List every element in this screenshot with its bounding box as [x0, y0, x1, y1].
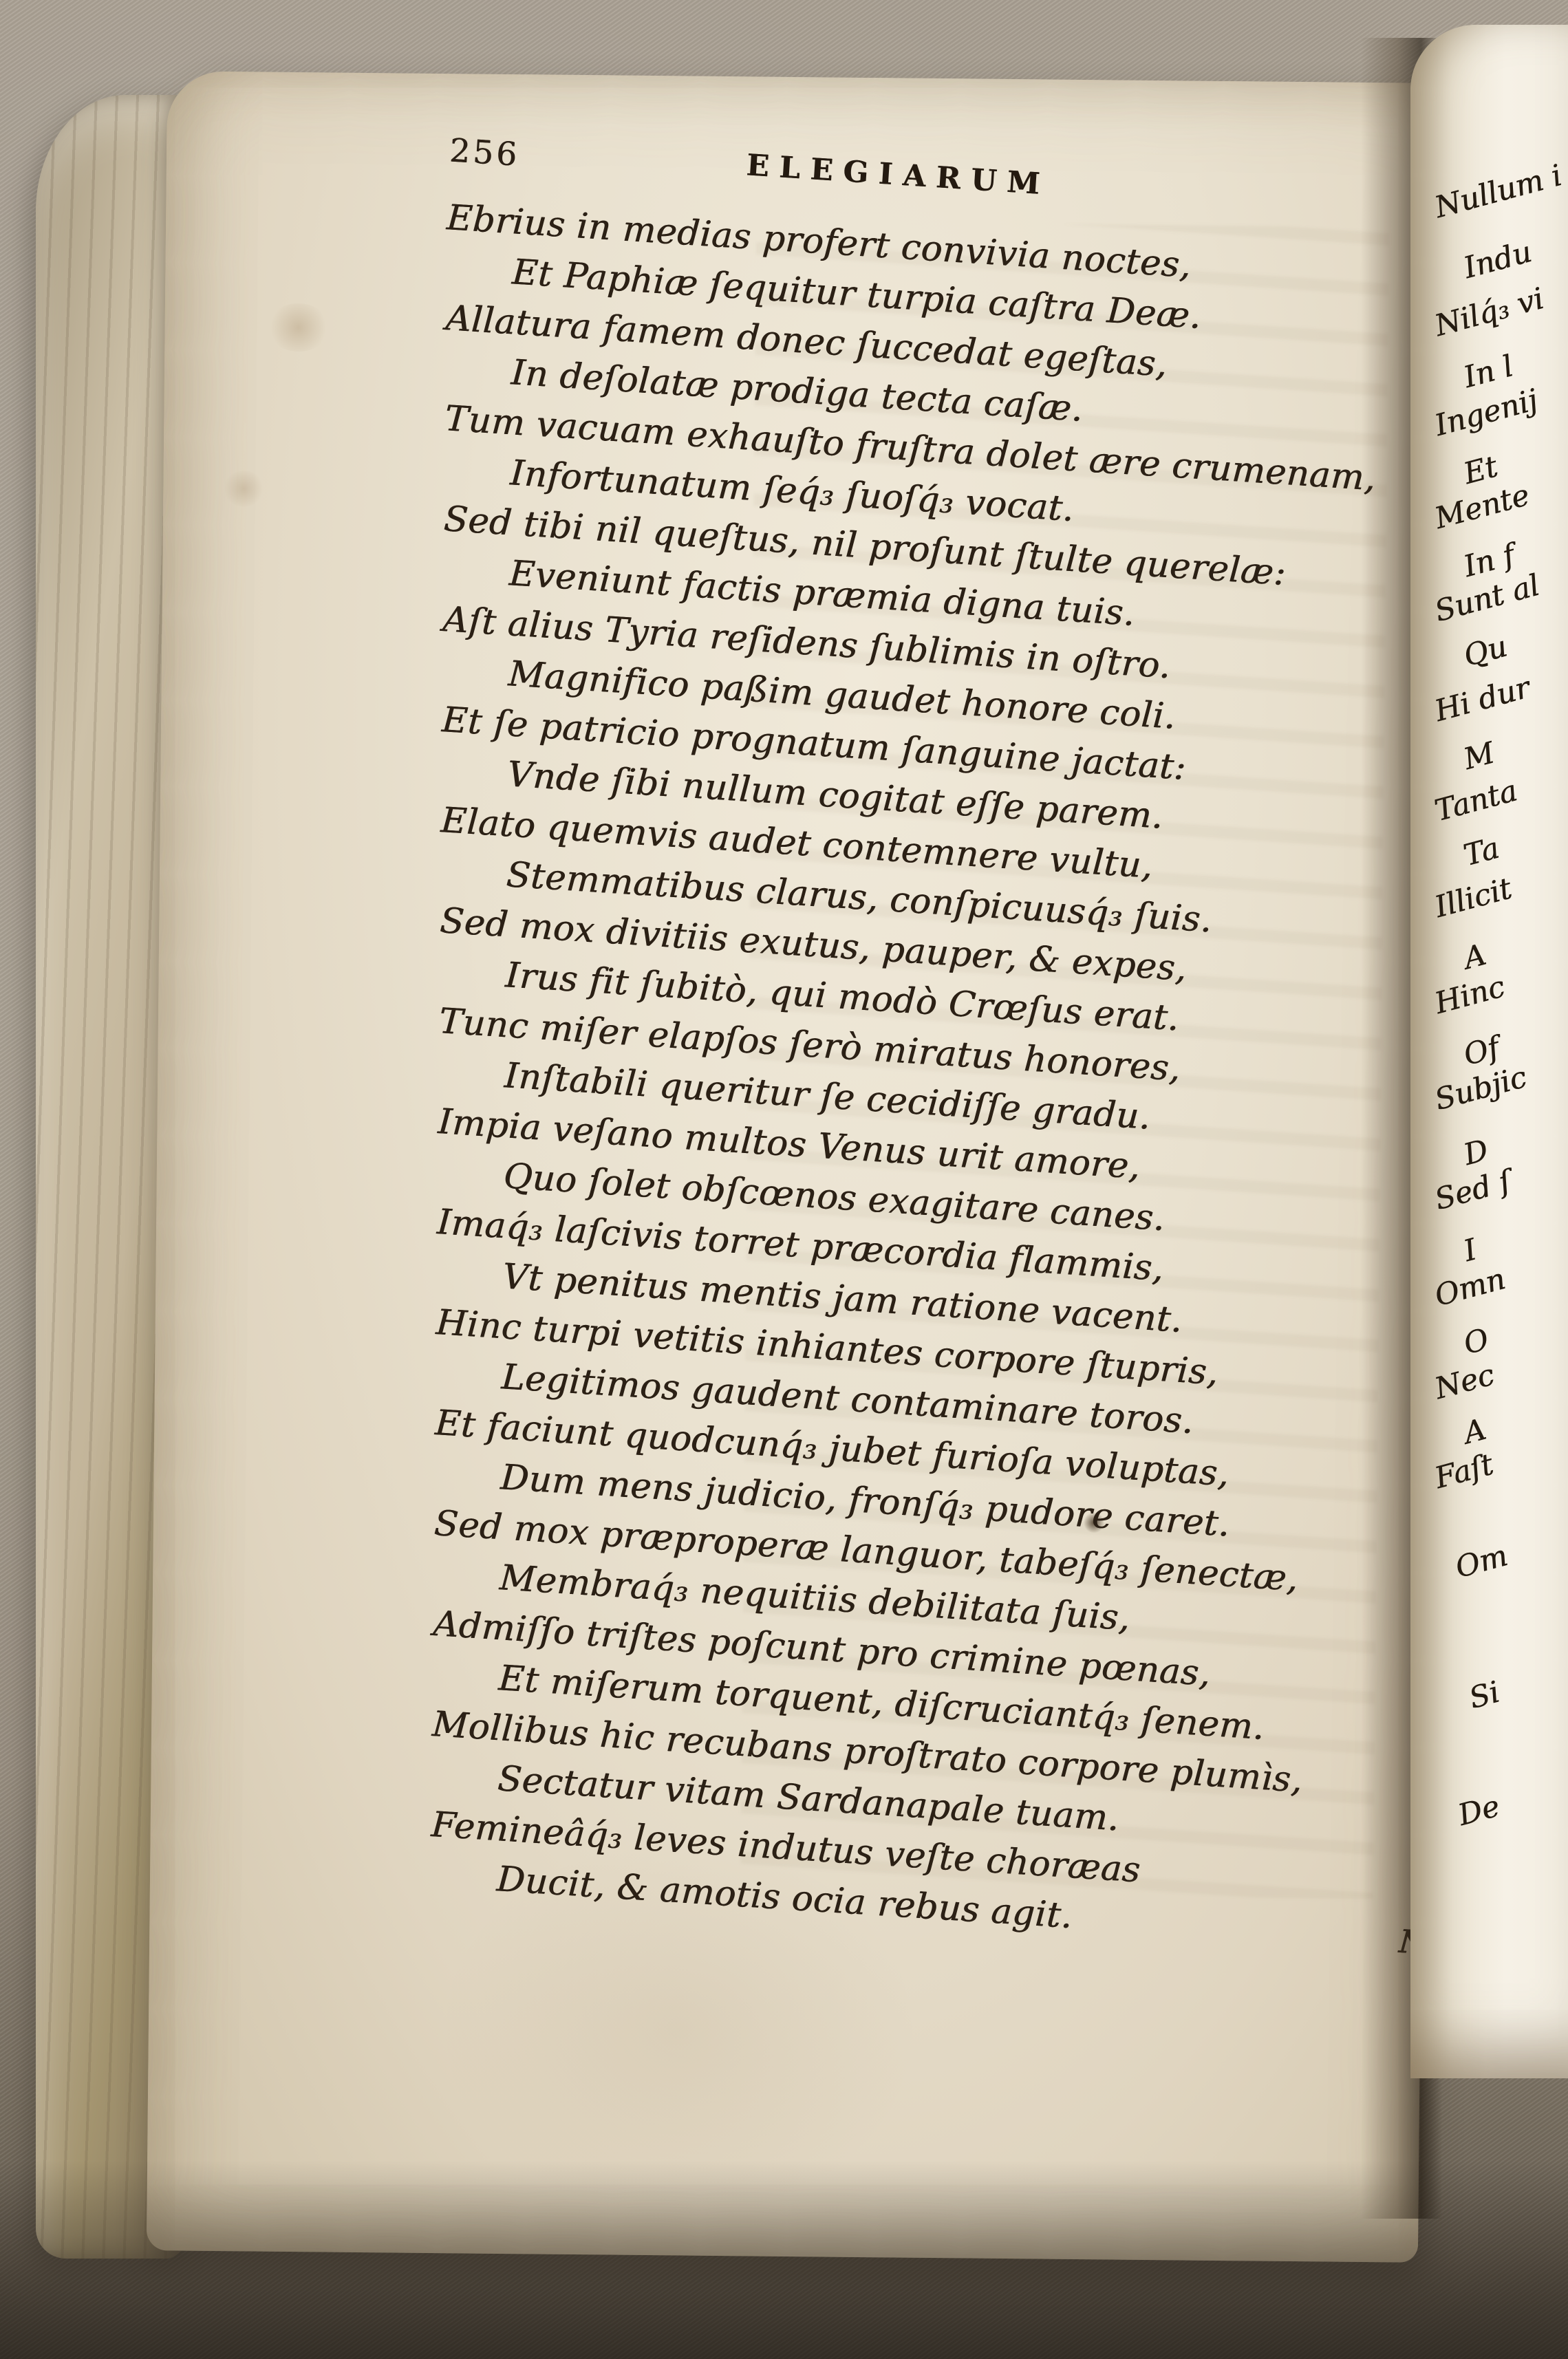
recto-line-fragment: Si — [1465, 1675, 1503, 1716]
recto-line-fragment: Sed ſ — [1431, 1164, 1514, 1217]
recto-line-fragment: Hi dur — [1431, 671, 1534, 729]
recto-line-fragment: D — [1460, 1133, 1492, 1172]
recto-line-fragment: In l — [1460, 349, 1517, 395]
recto-line-fragment: Nec — [1431, 1357, 1498, 1406]
photo-of-open-book: 256 ELEGIARUM Ebrius in medias profert c… — [0, 0, 1568, 2359]
running-title: ELEGIARUM — [745, 148, 1051, 202]
foxing-stain — [266, 303, 330, 352]
recto-line-fragment: Nullum i — [1431, 158, 1565, 225]
printed-text-block: 256 ELEGIARUM Ebrius in medias profert c… — [447, 116, 1480, 200]
recto-line-fragment: Illicit — [1431, 872, 1515, 925]
recto-line-fragment: Qu — [1460, 629, 1511, 674]
verse-lines: Ebrius in medias profert convivia noctes… — [431, 193, 1380, 1910]
recto-line-fragment: A — [1460, 1412, 1490, 1451]
recto-line-fragment: De — [1454, 1789, 1503, 1833]
recto-line-fragment: I — [1460, 1233, 1480, 1269]
recto-line-fragment: Om — [1452, 1538, 1511, 1585]
recto-line-fragment: Ta — [1460, 831, 1503, 873]
recto-line-fragment: O — [1460, 1322, 1492, 1361]
recto-line-fragment: M — [1460, 736, 1498, 777]
recto-line-fragment: Tanta — [1431, 774, 1521, 829]
foxing-stain — [222, 471, 265, 507]
recto-line-fragment: Omn — [1431, 1262, 1509, 1313]
table-shadow — [0, 2160, 1568, 2359]
recto-line-fragment: Ingenij — [1431, 383, 1541, 444]
right-page-edge: Nullum i Indu Nilq́₃ vi In l Ingenij Et … — [1410, 25, 1568, 2078]
recto-line-fragment: Nilq́₃ vi — [1431, 281, 1547, 343]
recto-line-fragment: Hinc — [1431, 969, 1508, 1021]
left-page: 256 ELEGIARUM Ebrius in medias profert c… — [147, 71, 1439, 2263]
recto-line-fragment: Indu — [1460, 235, 1535, 286]
page-number: 256 — [449, 131, 521, 173]
recto-line-fragment: Faſt — [1431, 1447, 1497, 1496]
recto-line-fragment: A — [1460, 938, 1490, 976]
